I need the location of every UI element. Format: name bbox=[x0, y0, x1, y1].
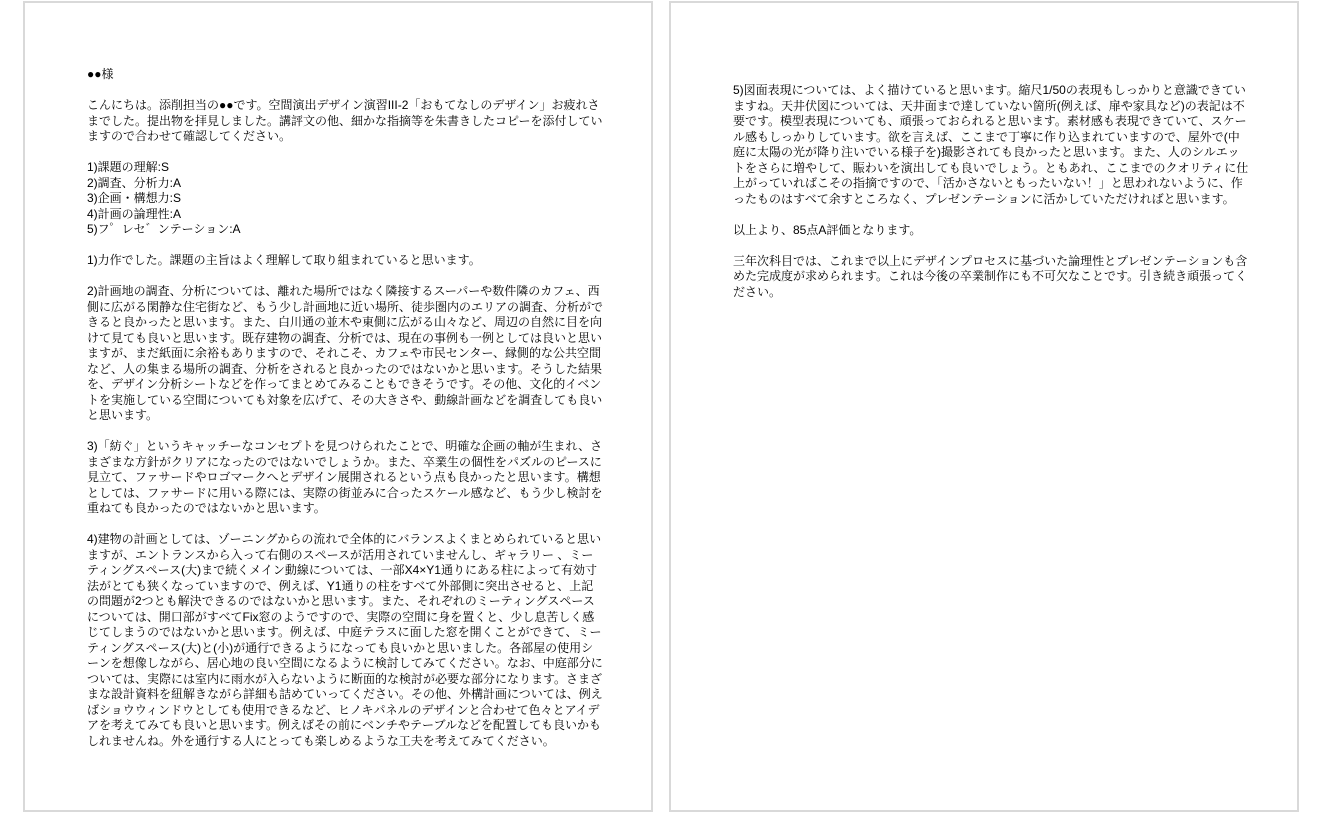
page-1: ●●様 こんにちは。添削担当の●●です。空間演出デザイン演習III-2「おもてな… bbox=[23, 1, 653, 812]
page-1-content: ●●様 こんにちは。添削担当の●●です。空間演出デザイン演習III-2「おもてな… bbox=[87, 67, 604, 765]
overall-grade-line: 以上より、85点A評価となります。 bbox=[733, 223, 1250, 239]
comment-paragraph-4: 4)建物の計画としては、ゾーニングからの流れで全体的にバランスよくまとめられてい… bbox=[87, 532, 604, 749]
page-2-content: 5)図面表現については、よく描けていると思います。縮尺1/50の表現もしっかりと… bbox=[733, 83, 1250, 316]
grade-line-2: 2)調査、分析力:A bbox=[87, 176, 604, 192]
grade-line-4: 4)計画の論理性:A bbox=[87, 207, 604, 223]
grade-line-3: 3)企画・構想力:S bbox=[87, 191, 604, 207]
document-viewer: ●●様 こんにちは。添削担当の●●です。空間演出デザイン演習III-2「おもてな… bbox=[0, 0, 1322, 816]
grade-line-5: 5)フ゜レセ゛ンテーション:A bbox=[87, 222, 604, 238]
comment-paragraph-5: 5)図面表現については、よく描けていると思います。縮尺1/50の表現もしっかりと… bbox=[733, 83, 1250, 207]
grade-line-1: 1)課題の理解:S bbox=[87, 160, 604, 176]
comment-paragraph-3: 3)「紡ぐ」というキャッチーなコンセプトを見つけられたことで、明確な企画の軸が生… bbox=[87, 439, 604, 517]
page-2: 5)図面表現については、よく描けていると思います。縮尺1/50の表現もしっかりと… bbox=[669, 1, 1299, 812]
closing-remarks: 三年次科目では、これまで以上にデザインプロセスに基づいた論理性とプレゼンテーショ… bbox=[733, 254, 1250, 301]
comment-paragraph-2: 2)計画地の調査、分析については、離れた場所ではなく隣接するスーパーや数件隣のカ… bbox=[87, 284, 604, 424]
comment-paragraph-1: 1)力作でした。課題の主旨はよく理解して取り組まれていると思います。 bbox=[87, 253, 604, 269]
salutation: ●●様 bbox=[87, 67, 604, 83]
grade-list: 1)課題の理解:S 2)調査、分析力:A 3)企画・構想力:S 4)計画の論理性… bbox=[87, 160, 604, 238]
intro-paragraph: こんにちは。添削担当の●●です。空間演出デザイン演習III-2「おもてなしのデザ… bbox=[87, 98, 604, 145]
